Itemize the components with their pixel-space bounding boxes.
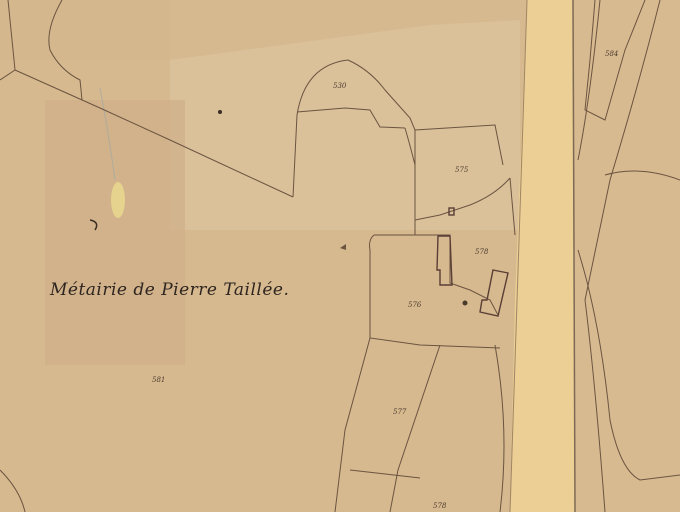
parcel-label-578: 578	[475, 248, 488, 256]
water-stain	[111, 182, 125, 218]
cadastral-map: Métairie de Pierre Taillée. 530 575 576 …	[0, 0, 680, 512]
parcel-label-584: 584	[605, 50, 618, 58]
parcel-label-576: 576	[408, 301, 421, 309]
parcel-label-530: 530	[333, 82, 346, 90]
parcel-label-575: 575	[455, 166, 468, 174]
parcel-label-581: 581	[152, 376, 165, 384]
parcel-label-579: 578	[433, 502, 446, 510]
map-drawing	[0, 0, 680, 512]
paper-patch-left	[45, 100, 185, 365]
well-marker	[463, 301, 468, 306]
parcel-label-577: 577	[393, 408, 406, 416]
locality-label: Métairie de Pierre Taillée.	[50, 280, 289, 300]
